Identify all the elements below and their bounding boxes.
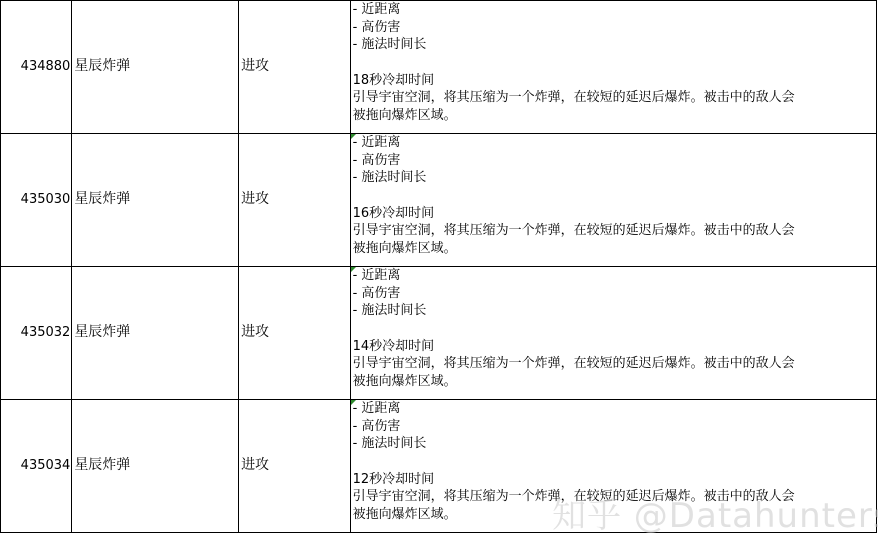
spell-id: 435032 xyxy=(21,325,71,340)
spell-name: 星辰炸弹 xyxy=(74,191,130,207)
cooldown-text: 16秒冷却时间 xyxy=(353,205,876,223)
blank-line xyxy=(353,453,876,471)
feature-line: - 高伤害 xyxy=(353,19,876,37)
spreadsheet: 434880 星辰炸弹 进攻 - 近距离 - 高伤害 - 施法时间长 18秒冷却… xyxy=(0,0,878,533)
spell-table: 434880 星辰炸弹 进攻 - 近距离 - 高伤害 - 施法时间长 18秒冷却… xyxy=(0,0,877,533)
description-text: 被拖向爆炸区域。 xyxy=(353,506,876,524)
spell-name-cell[interactable]: 星辰炸弹 xyxy=(72,134,239,267)
spell-name: 星辰炸弹 xyxy=(74,457,130,473)
spell-id-cell[interactable]: 435034 xyxy=(1,400,72,533)
spell-type-cell[interactable]: 进攻 xyxy=(239,1,351,134)
feature-line: - 施法时间长 xyxy=(353,302,876,320)
description-text: 引导宇宙空洞，将其压缩为一个炸弹，在较短的延迟后爆炸。被击中的敌人会 xyxy=(353,89,876,107)
spell-type: 进攻 xyxy=(241,324,269,340)
spell-type-cell[interactable]: 进攻 xyxy=(239,267,351,400)
feature-line: - 近距离 xyxy=(353,1,876,19)
table-row: 434880 星辰炸弹 进攻 - 近距离 - 高伤害 - 施法时间长 18秒冷却… xyxy=(1,1,877,134)
blank-line xyxy=(353,54,876,72)
feature-line: - 高伤害 xyxy=(353,152,876,170)
feature-line: - 高伤害 xyxy=(353,285,876,303)
feature-line: - 近距离 xyxy=(353,400,876,418)
spell-id: 435030 xyxy=(21,192,71,207)
spell-id-cell[interactable]: 435032 xyxy=(1,267,72,400)
spell-name: 星辰炸弹 xyxy=(74,58,130,74)
comment-indicator-icon[interactable] xyxy=(351,134,356,139)
feature-line: - 近距离 xyxy=(353,267,876,285)
spell-type: 进攻 xyxy=(241,191,269,207)
spell-type-cell[interactable]: 进攻 xyxy=(239,400,351,533)
spell-id: 435034 xyxy=(21,458,71,473)
feature-line: - 施法时间长 xyxy=(353,169,876,187)
spell-type-cell[interactable]: 进攻 xyxy=(239,134,351,267)
description-text: 被拖向爆炸区域。 xyxy=(353,373,876,391)
cooldown-text: 14秒冷却时间 xyxy=(353,338,876,356)
description-text: 被拖向爆炸区域。 xyxy=(353,107,876,125)
table-row: 435030 星辰炸弹 进攻 - 近距离 - 高伤害 - 施法时间长 16秒冷却… xyxy=(1,134,877,267)
spell-type: 进攻 xyxy=(241,58,269,74)
spell-id-cell[interactable]: 435030 xyxy=(1,134,72,267)
spell-description-cell[interactable]: - 近距离 - 高伤害 - 施法时间长 14秒冷却时间 引导宇宙空洞，将其压缩为… xyxy=(350,267,876,400)
spell-id: 434880 xyxy=(21,59,71,74)
comment-indicator-icon[interactable] xyxy=(351,400,356,405)
feature-line: - 近距离 xyxy=(353,134,876,152)
spell-name: 星辰炸弹 xyxy=(74,324,130,340)
cooldown-text: 12秒冷却时间 xyxy=(353,471,876,489)
feature-line: - 施法时间长 xyxy=(353,36,876,54)
description-text: 引导宇宙空洞，将其压缩为一个炸弹，在较短的延迟后爆炸。被击中的敌人会 xyxy=(353,355,876,373)
spell-description-cell[interactable]: - 近距离 - 高伤害 - 施法时间长 12秒冷却时间 引导宇宙空洞，将其压缩为… xyxy=(350,400,876,533)
feature-line: - 施法时间长 xyxy=(353,435,876,453)
spell-id-cell[interactable]: 434880 xyxy=(1,1,72,134)
spell-name-cell[interactable]: 星辰炸弹 xyxy=(72,400,239,533)
spell-name-cell[interactable]: 星辰炸弹 xyxy=(72,1,239,134)
spell-type: 进攻 xyxy=(241,457,269,473)
blank-line xyxy=(353,320,876,338)
description-text: 被拖向爆炸区域。 xyxy=(353,240,876,258)
cooldown-text: 18秒冷却时间 xyxy=(353,72,876,90)
spell-description-cell[interactable]: - 近距离 - 高伤害 - 施法时间长 18秒冷却时间 引导宇宙空洞，将其压缩为… xyxy=(350,1,876,134)
comment-indicator-icon[interactable] xyxy=(351,267,356,272)
blank-line xyxy=(353,187,876,205)
spell-name-cell[interactable]: 星辰炸弹 xyxy=(72,267,239,400)
description-text: 引导宇宙空洞，将其压缩为一个炸弹，在较短的延迟后爆炸。被击中的敌人会 xyxy=(353,222,876,240)
feature-line: - 高伤害 xyxy=(353,418,876,436)
table-row: 435034 星辰炸弹 进攻 - 近距离 - 高伤害 - 施法时间长 12秒冷却… xyxy=(1,400,877,533)
table-row: 435032 星辰炸弹 进攻 - 近距离 - 高伤害 - 施法时间长 14秒冷却… xyxy=(1,267,877,400)
spell-description-cell[interactable]: - 近距离 - 高伤害 - 施法时间长 16秒冷却时间 引导宇宙空洞，将其压缩为… xyxy=(350,134,876,267)
description-text: 引导宇宙空洞，将其压缩为一个炸弹，在较短的延迟后爆炸。被击中的敌人会 xyxy=(353,488,876,506)
